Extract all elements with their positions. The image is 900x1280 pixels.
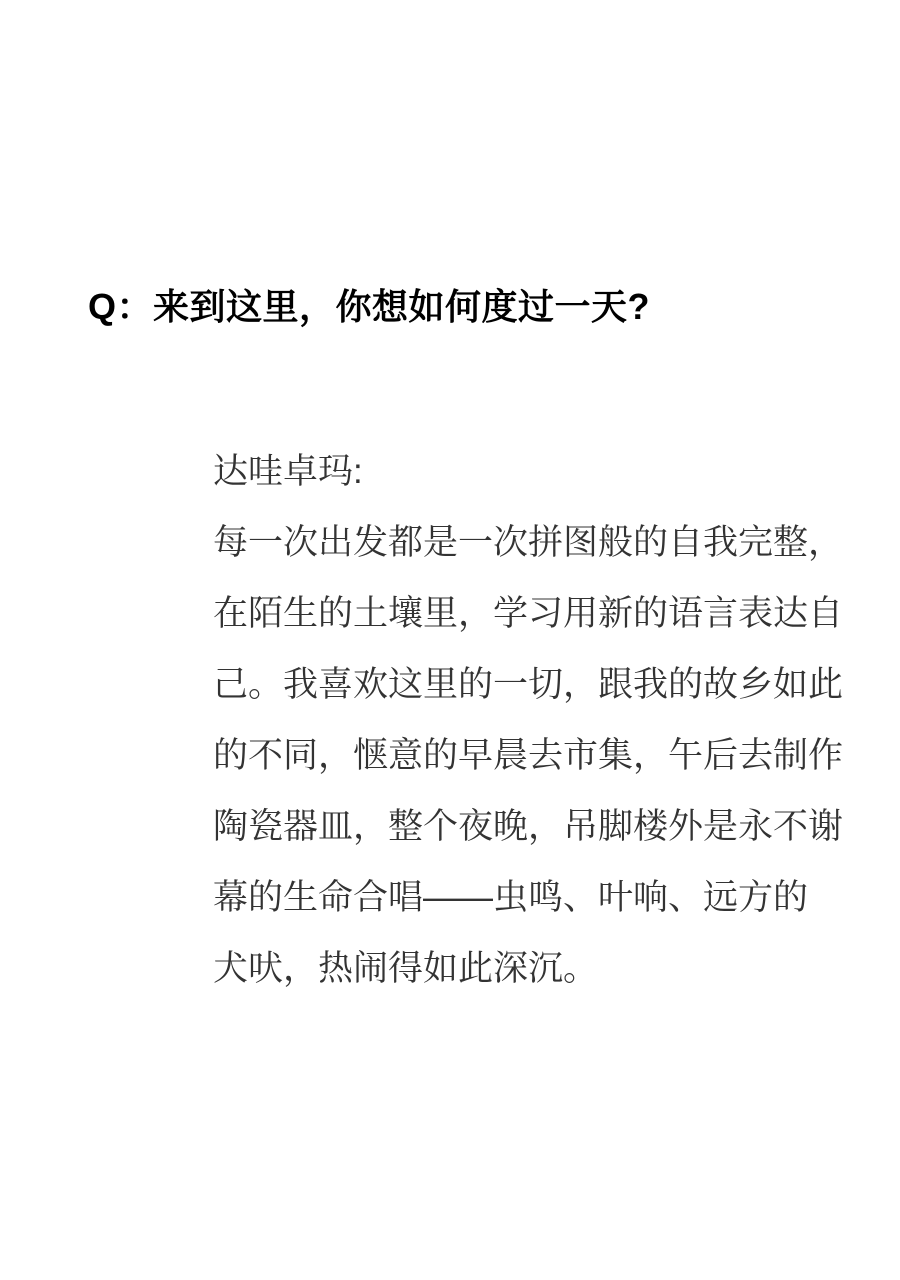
- answer-line-7: 犬吠，热闹得如此深沉。: [213, 933, 863, 1004]
- answer-line-5: 陶瓷器皿，整个夜晚，吊脚楼外是永不谢: [213, 791, 863, 862]
- answer-attribution: 达哇卓玛:: [213, 436, 863, 507]
- answer-line-3: 己。我喜欢这里的一切，跟我的故乡如此: [213, 649, 863, 720]
- answer-block: 达哇卓玛: 每一次出发都是一次拼图般的自我完整， 在陌生的土壤里，学习用新的语言…: [213, 436, 863, 1004]
- article-page: Q：来到这里，你想如何度过一天? 达哇卓玛: 每一次出发都是一次拼图般的自我完整…: [0, 0, 900, 1280]
- answer-line-1: 每一次出发都是一次拼图般的自我完整，: [213, 507, 863, 578]
- answer-line-6: 幕的生命合唱——虫鸣、叶响、远方的: [213, 862, 863, 933]
- answer-line-2: 在陌生的土壤里，学习用新的语言表达自: [213, 578, 863, 649]
- answer-line-4: 的不同，惬意的早晨去市集，午后去制作: [213, 720, 863, 791]
- question-heading: Q：来到这里，你想如何度过一天?: [88, 286, 650, 328]
